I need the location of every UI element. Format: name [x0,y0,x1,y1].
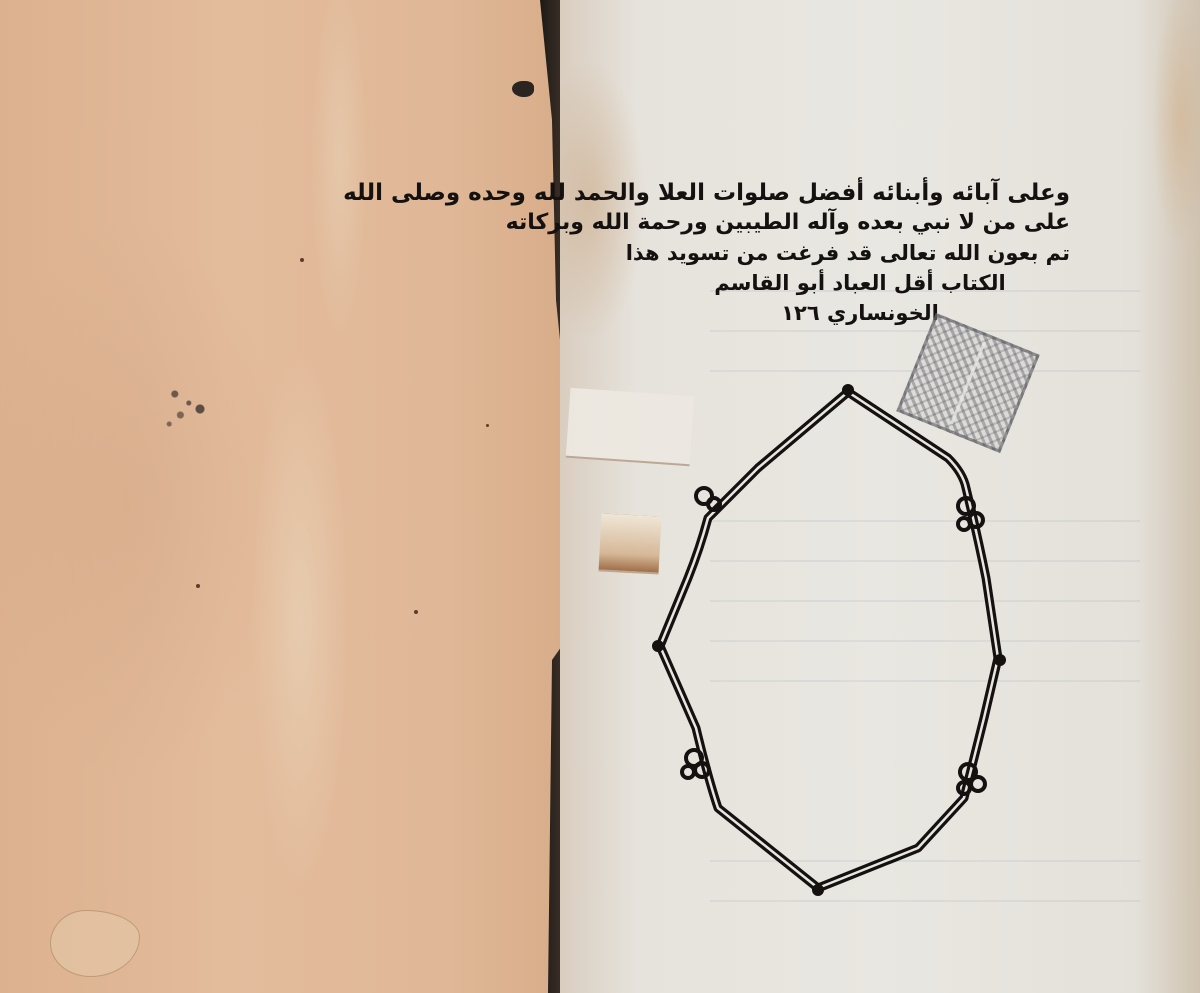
paper-speck [486,424,489,427]
colophon-line: تم بعون الله تعالى قد فرغت من تسويد هذا [650,238,1070,268]
colophon-line: وعلى آبائه وأبنائه أفضل صلوات العلا والح… [650,178,1070,208]
show-through-text [710,330,1140,332]
ink-blot [158,376,214,436]
colophon-text: وعلى آبائه وأبنائه أفضل صلوات العلا والح… [650,178,1070,328]
worm-hole [512,81,534,97]
paper-speck [414,610,418,614]
colophon-line: الكتاب أقل العباد أبو القاسم [650,268,1070,298]
paper-speck [196,584,200,588]
left-flyleaf-page [0,0,560,993]
ornamental-cartouche-frame [648,378,1018,903]
colophon-line: على من لا نبي بعده وآله الطيبين ورحمة ال… [650,208,1070,238]
book-spread: وعلى آبائه وأبنائه أفضل صلوات العلا والح… [0,0,1200,993]
cartouche-icon [648,378,1018,903]
right-title-page: وعلى آبائه وأبنائه أفضل صلوات العلا والح… [560,0,1200,993]
water-stain [50,910,140,977]
paper-speck [300,258,304,262]
colophon-line: الخونساري ١٢٦ [650,298,1070,328]
